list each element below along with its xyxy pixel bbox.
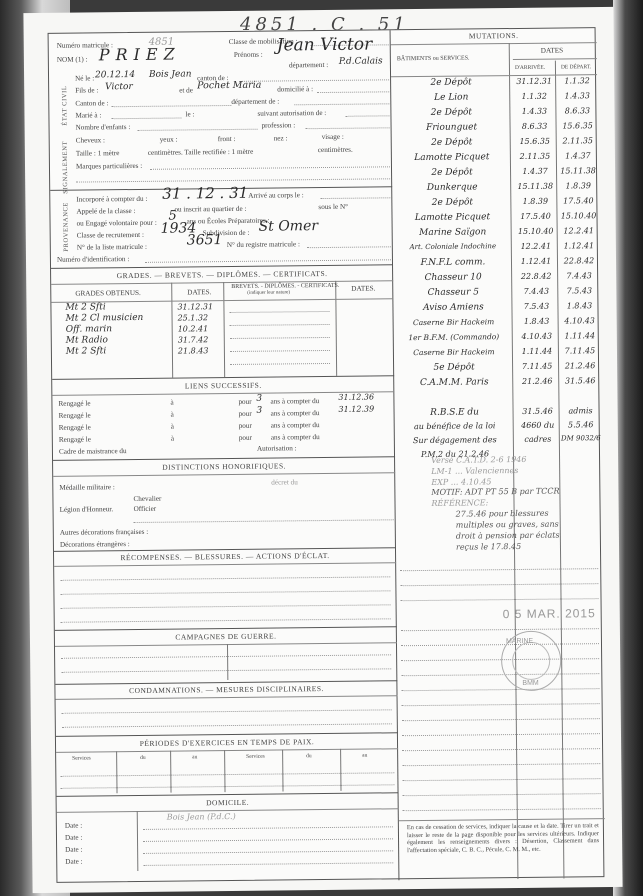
mutation-arrivee: 7.11.45	[516, 362, 558, 371]
stamp-line: Versé C.A.T.D. 2-6 1946	[431, 455, 526, 465]
domicile-date-label: Date :	[65, 846, 82, 854]
grades-col-header: GRADES OBTENUS.	[75, 289, 141, 298]
mutation-service: Lamotte Picquet	[398, 152, 506, 163]
note-text: cadres	[517, 435, 559, 444]
periodes-col-services2: Services	[246, 754, 265, 760]
periodes-col-services: Services	[72, 755, 91, 761]
enfants-label: Nombre d'enfants :	[76, 123, 131, 132]
mutation-arrivee: 1.11.44	[516, 347, 558, 356]
grade-name: Mt 2 Cl musicien	[66, 313, 144, 324]
cadre-maistrance-label: Cadre de maistrance du	[59, 447, 127, 456]
mutation-depart: 1.8.39	[558, 181, 598, 190]
condamnations-section-title: CONDAMNATIONS. — MESURES DISCIPLINAIRES.	[55, 683, 397, 696]
periodes-col-du: du	[140, 755, 146, 761]
mutation-depart: 1.8.43	[559, 301, 599, 310]
cessation-instructions: En cas de cessation de services, indique…	[407, 822, 599, 854]
mutation-arrivee: 1.4.33	[513, 107, 555, 116]
pour-label: pour	[239, 410, 252, 418]
mutation-service: Art. Coloniale Indochine	[399, 242, 507, 251]
note-text: admis	[561, 406, 601, 415]
grade-name: Mt 2 Sfti	[66, 346, 106, 356]
etat-civil-section-label: ÉTAT CIVIL	[61, 85, 68, 125]
marie-label: Marié à :	[75, 111, 101, 119]
mutation-depart: 17.5.40	[558, 196, 598, 205]
marques-label: Marques particulières :	[76, 162, 142, 171]
mutation-arrivee: 1.8.39	[514, 197, 556, 206]
front-label: front :	[218, 135, 236, 143]
grade-name: Off. marin	[66, 324, 112, 334]
brevets-col-subheader: (indiquer leur nature)	[247, 290, 290, 295]
le-label: le :	[185, 110, 194, 118]
mutation-service: C.A.M.M. Paris	[400, 377, 508, 388]
mutation-depart: 7.4.43	[559, 271, 599, 280]
years-value: 3	[256, 406, 262, 416]
mutation-service: Marine Saïgon	[399, 227, 507, 238]
stamp-line: EXP ... 4.10.45	[431, 477, 491, 487]
mutation-depart: 8.6.33	[557, 106, 597, 115]
nez-label: nez :	[274, 134, 288, 142]
mutation-arrivee: 17.5.40	[514, 212, 556, 221]
stamp-line: RÉFÉRENCE:	[431, 498, 488, 508]
officier-label: Officier	[134, 505, 157, 513]
mutation-service: Friounguet	[398, 122, 506, 133]
domicile-date-label: Date :	[65, 834, 82, 842]
mutation-depart: 15.11.38	[558, 166, 598, 175]
identification-label: Numéro d'identification :	[57, 255, 129, 264]
pour-label: pour	[239, 434, 252, 442]
ne-le-value: 20.12.14	[95, 70, 135, 80]
mutation-depart: 15.10.40	[558, 211, 598, 220]
incorpore-label: Incorporé à compter du :	[76, 195, 147, 204]
mutations-col-arrivee: D'ARRIVÉE.	[515, 65, 545, 71]
stamp-line: MOTIF: ADT PT 55 B par TCCR	[431, 487, 559, 497]
canton2-label: Canton de :	[75, 99, 108, 107]
mutation-arrivee: 1.4.37	[514, 167, 556, 176]
mutation-depart: 1.12.41	[559, 241, 599, 250]
seal-emblem-icon	[512, 642, 550, 680]
mutation-service: 2e Dépôt	[398, 197, 506, 208]
provenance-section-label: PROVENANCE	[62, 202, 70, 252]
military-record-form: Numéro matricule : 4851 Classe de mobili…	[48, 27, 605, 883]
a-label: à	[171, 423, 174, 431]
mutation-service: Dunkerque	[398, 182, 506, 193]
mutation-arrivee: 15.11.38	[514, 182, 556, 191]
a-label: à	[171, 435, 174, 443]
rengage-label: Rengagé le	[58, 399, 90, 407]
mutation-arrivee: 4.10.43	[516, 332, 558, 341]
liens-autorisation-label: Autorisation :	[257, 444, 297, 452]
mutation-depart: 15.6.35	[558, 121, 598, 130]
mutation-arrivee: 15.6.35	[514, 137, 556, 146]
mutation-arrivee: 7.4.43	[515, 287, 557, 296]
mutation-arrivee: 15.10.40	[515, 227, 557, 236]
mutation-service: Caserne Bir Hackeim	[400, 317, 508, 327]
departement-label: département :	[289, 61, 328, 69]
yeux-label: yeux :	[160, 136, 178, 144]
engage-label: ou Engagé volontaire pour :	[77, 219, 157, 228]
pour-label: pour	[238, 398, 251, 406]
personal-record-column: Numéro matricule : 4851 Classe de mobili…	[49, 30, 400, 884]
grade-date: 10.2.41	[178, 324, 209, 333]
rengage-date: 31.12.36	[338, 392, 374, 401]
mutation-service: 2e Dépôt	[397, 77, 505, 88]
periodes-col-au2: au	[362, 753, 367, 759]
note-text: Sur dégagement des	[401, 435, 509, 445]
mutation-service: Lamotte Picquet	[398, 212, 506, 223]
stamp-line: droit à pension par éclats	[456, 531, 560, 541]
mutations-title: MUTATIONS.	[391, 30, 597, 41]
years-value: 3	[256, 394, 262, 404]
mutation-arrivee: 7.5.43	[515, 302, 557, 311]
prenoms-value: Jean Victor	[277, 34, 373, 55]
mutation-arrivee: 8.6.33	[514, 122, 556, 131]
seal-bottom-text: BMM	[522, 680, 538, 687]
mutation-arrivee: 31.12.31	[513, 77, 555, 86]
signalement-section-label: SIGNALEMENT	[62, 141, 70, 194]
father-value: Victor	[105, 82, 133, 92]
mutation-service: Caserne Bir Hackeim	[400, 347, 508, 357]
birthplace-value: Bois Jean	[149, 69, 192, 79]
note-text: 4660 du	[517, 421, 559, 430]
mutations-col-batiments: BÂTIMENTS ou SERVICES.	[397, 55, 470, 62]
domicile-date-label: Date :	[65, 822, 82, 830]
centimetres2-label: centimètres.	[318, 146, 353, 154]
mutation-arrivee: 21.2.46	[516, 377, 558, 386]
registre-label: N° du registre matricule :	[227, 240, 300, 249]
compter-label: ans à compter du	[271, 409, 320, 418]
a-label: à	[171, 411, 174, 419]
mutation-depart: 1.4.37	[558, 151, 598, 160]
periodes-section-title: PÉRIODES D'EXERCICES EN TEMPS DE PAIX.	[56, 736, 398, 749]
campagnes-section-title: CAMPAGNES DE GUERRE.	[55, 630, 397, 643]
mutation-depart: 1.4.33	[557, 91, 597, 100]
subdivision-value: St Omer	[259, 218, 319, 235]
mutation-service: 2e Dépôt	[397, 107, 505, 118]
appele-label: Appelé de la classe :	[76, 207, 135, 216]
decorations-etrangeres-label: Décorations étrangères :	[60, 540, 130, 549]
grade-date: 21.8.43	[178, 346, 209, 355]
rengage-label: Rengagé le	[59, 435, 91, 443]
stamp-line: LM-1 ... Valenciennes	[431, 466, 518, 476]
mutations-col-depart: DE DÉPART.	[561, 64, 591, 70]
grade-date: 31.12.31	[177, 302, 213, 311]
mutation-service: 5e Dépôt	[400, 362, 508, 373]
periodes-col-au: au	[192, 754, 197, 760]
mutation-depart: 1.11.44	[560, 331, 600, 340]
mutation-arrivee: 22.8.42	[515, 272, 557, 281]
nom-value: PRIEZ	[99, 44, 181, 64]
mutation-service: Le Lion	[397, 92, 505, 103]
grade-name: Mt 2 Sfti	[65, 302, 105, 312]
mutation-service: 2e Dépôt	[398, 137, 506, 148]
brevets-col-header: BREVETS. - DIPLÔMES. - CERTIFICATS.	[231, 283, 339, 290]
ne-le-label: Né le :	[75, 74, 94, 82]
mutations-column: MUTATIONS. BÂTIMENTS ou SERVICES. DATES …	[391, 28, 606, 880]
note-text: DM 9032/6	[561, 434, 601, 442]
mutation-arrivee: 1.8.43	[516, 317, 558, 326]
domicile-date-label: Date :	[65, 858, 82, 866]
mutation-service: F.N.F.L comm.	[399, 257, 507, 268]
domicile-faded-entry: Bois Jean (P.d.C.)	[167, 812, 236, 822]
mutation-depart: 22.8.42	[559, 256, 599, 265]
departement2-label: département de :	[231, 97, 279, 106]
et-de-label: et de	[179, 86, 193, 94]
nom-label: NOM (1) :	[57, 55, 88, 63]
compter-label: ans à compter du	[271, 421, 320, 430]
mutation-depart: 7.11.45	[560, 346, 600, 355]
mother-value: Pochet Maria	[197, 80, 261, 92]
medaille-label: Médaille militaire :	[59, 483, 115, 492]
grades-dates-col-header: DATES.	[187, 288, 211, 296]
legion-label: Légion d'Honneur.	[60, 505, 114, 514]
mutation-depart: 4.10.43	[560, 316, 600, 325]
mutation-service: 2e Dépôt	[398, 167, 506, 178]
visage-label: visage :	[322, 133, 344, 141]
mutation-depart: 21.2.46	[560, 361, 600, 370]
cheveux-label: Cheveux :	[76, 136, 105, 144]
seal-top-text: MARINE	[506, 638, 533, 645]
mutation-row: C.A.M.M. Paris21.2.4631.5.46	[394, 376, 600, 393]
note-text: R.B.S.E du	[401, 407, 509, 418]
grade-date: 25.1.32	[178, 313, 209, 322]
taille-label: Taille : 1 mètre	[76, 149, 120, 157]
liste-label: N° de la liste matricule :	[77, 243, 147, 252]
mutations-col-dates: DATES	[541, 46, 563, 54]
grade-name: Mt Radio	[66, 335, 108, 345]
mutation-arrivee: 12.2.41	[515, 242, 557, 251]
brevets-dates-col-header: DATES.	[351, 284, 375, 292]
inscrit-label: ou inscrit au quartier de :	[174, 205, 246, 214]
mutation-arrivee: 1.12.41	[515, 257, 557, 266]
classe-recrutement-label: Classe de recrutement :	[77, 231, 144, 240]
mutation-depart: 31.5.46	[560, 376, 600, 385]
mutation-depart: 2.11.35	[558, 136, 598, 145]
a-label: à	[170, 399, 173, 407]
archive-date-stamp: 0 5 MAR. 2015	[503, 606, 596, 621]
decret-label: décret du	[271, 478, 298, 486]
incorpore-value: 31 . 12 . 31	[162, 184, 248, 203]
prenoms-label: Prénoms :	[234, 51, 263, 59]
centimetres-label: centimètres. Taille rectifiée : 1 mètre	[148, 148, 254, 157]
pour-label: pour	[239, 422, 252, 430]
chevalier-label: Chevalier	[133, 495, 161, 503]
mutation-arrivee: 2.11.35	[514, 152, 556, 161]
rengage-label: Rengagé le	[59, 411, 91, 419]
rengage-label: Rengagé le	[59, 423, 91, 431]
note-text: au bénéfice de la loi	[401, 421, 509, 431]
recompenses-section-title: RÉCOMPENSES. — BLESSURES. — ACTIONS D'ÉC…	[54, 550, 396, 563]
stamp-line: multiples ou graves, sans	[456, 520, 559, 530]
grades-section-title: GRADES. — BREVETS. — DIPLÔMES. — CERTIFI…	[51, 268, 393, 281]
compter-label: ans à compter du	[271, 433, 320, 442]
rengage-date: 31.12.39	[338, 404, 374, 413]
fils-de-label: Fils de :	[75, 86, 98, 94]
note-text: 5.5.46	[561, 420, 601, 429]
mutation-service: Chasseur 10	[399, 272, 507, 283]
sous-le-label: sous le N°	[318, 203, 348, 211]
liens-section-title: LIENS SUCCESSIFS.	[52, 379, 394, 392]
note-text: 31.5.46	[517, 407, 559, 416]
stamp-line: reçus le 17.8.45	[456, 542, 521, 552]
profession-label: profession :	[262, 121, 296, 129]
liste-value: 3651	[187, 232, 223, 248]
stamp-line: 27.5.46 pour blessures	[456, 509, 549, 519]
mutation-depart: 12.2.41	[559, 226, 599, 235]
compter-label: ans à compter du	[270, 397, 319, 406]
departement-value: P.d.Calais	[339, 56, 383, 66]
mutation-service: Chasseur 5	[399, 287, 507, 298]
mutation-depart: 7.5.43	[559, 286, 599, 295]
mutation-arrivee: 1.1.32	[513, 92, 555, 101]
distinctions-section-title: DISTINCTIONS HONORIFIQUES.	[53, 460, 395, 473]
ecoles-label: ans ou Écoles Préparatoires :	[187, 217, 270, 226]
mutation-depart: 1.1.32	[557, 76, 597, 85]
periodes-col-du2: du	[306, 753, 312, 759]
autres-decorations-label: Autres décorations françaises :	[60, 528, 149, 537]
domicilie-label: domicilié à :	[277, 85, 313, 93]
marine-seal: MARINE BMM	[501, 631, 562, 692]
autorisation-label: suivant autorisation de :	[257, 109, 326, 118]
arrive-label: Arrivé au corps le :	[248, 191, 304, 200]
domicile-section-title: DOMICILE.	[57, 796, 399, 809]
mutation-service: Aviso Amiens	[399, 302, 507, 313]
mutation-service: 1er B.F.M. (Commando)	[400, 332, 508, 342]
grade-date: 31.7.42	[178, 335, 209, 344]
